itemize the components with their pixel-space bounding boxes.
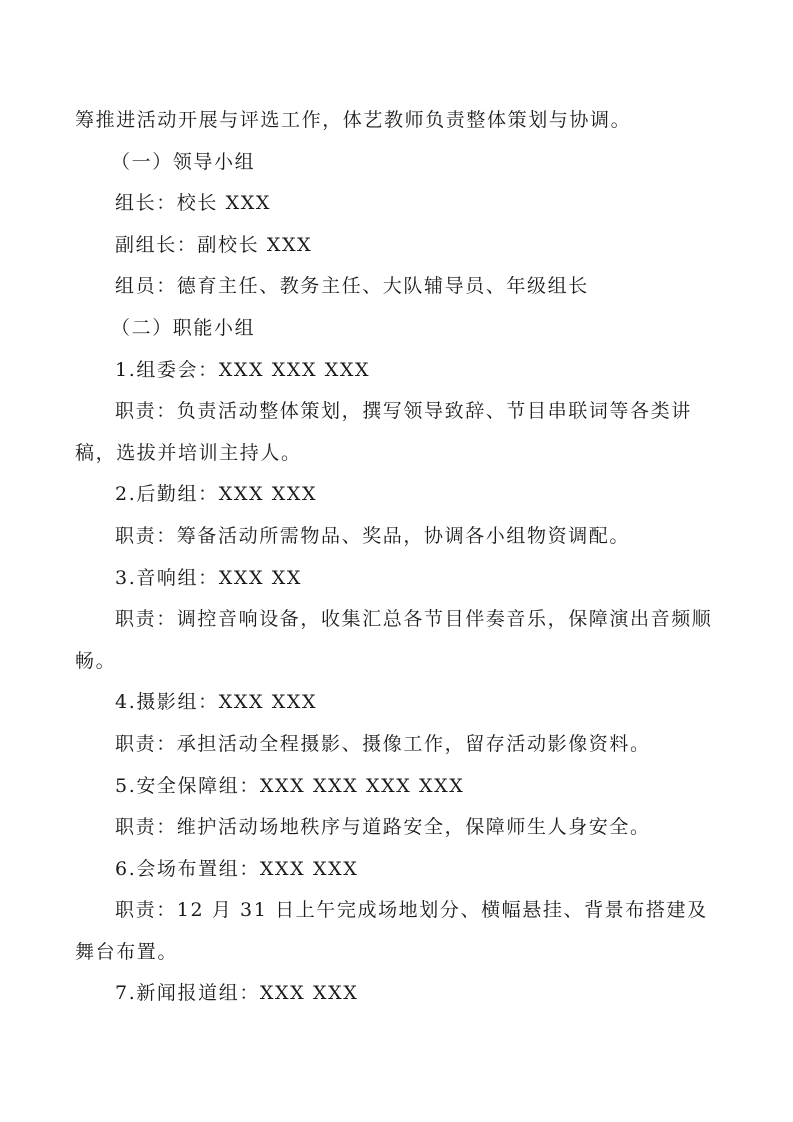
- group-duty-venue-setup: 职责：12 月 31 日上午完成场地划分、横幅悬挂、背景布搭建及舞台布置。: [75, 890, 720, 973]
- group-name-photography: 4.摄影组：XXX XXX: [75, 682, 720, 724]
- group-name-organizing-committee: 1.组委会：XXX XXX XXX: [75, 350, 720, 392]
- group-name-venue-setup: 6.会场布置组：XXX XXX: [75, 849, 720, 891]
- intro-continuation: 筹推进活动开展与评选工作，体艺教师负责整体策划与协调。: [75, 100, 720, 142]
- document-body: 筹推进活动开展与评选工作，体艺教师负责整体策划与协调。 （一）领导小组 组长：校…: [75, 100, 720, 1015]
- section-heading-functional-groups: （二）职能小组: [75, 308, 720, 350]
- members-line: 组员：德育主任、教务主任、大队辅导员、年级组长: [75, 266, 720, 308]
- group-duty-audio: 职责：调控音响设备，收集汇总各节目伴奏音乐，保障演出音频顺畅。: [75, 599, 720, 682]
- document-page: 筹推进活动开展与评选工作，体艺教师负责整体策划与协调。 （一）领导小组 组长：校…: [0, 0, 793, 1122]
- group-duty-photography: 职责：承担活动全程摄影、摄像工作，留存活动影像资料。: [75, 724, 720, 766]
- section-heading-leadership-group: （一）领导小组: [75, 142, 720, 184]
- group-duty-security: 职责：维护活动场地秩序与道路安全，保障师生人身安全。: [75, 807, 720, 849]
- group-name-news-reporting: 7.新闻报道组：XXX XXX: [75, 973, 720, 1015]
- leader-line: 组长：校长 XXX: [75, 183, 720, 225]
- deputy-leader-line: 副组长：副校长 XXX: [75, 225, 720, 267]
- group-duty-logistics: 职责：筹备活动所需物品、奖品，协调各小组物资调配。: [75, 516, 720, 558]
- group-name-security: 5.安全保障组：XXX XXX XXX XXX: [75, 766, 720, 808]
- group-name-logistics: 2.后勤组：XXX XXX: [75, 474, 720, 516]
- group-name-audio: 3.音响组：XXX XX: [75, 558, 720, 600]
- group-duty-organizing-committee: 职责：负责活动整体策划，撰写领导致辞、节目串联词等各类讲稿，选拔并培训主持人。: [75, 391, 720, 474]
